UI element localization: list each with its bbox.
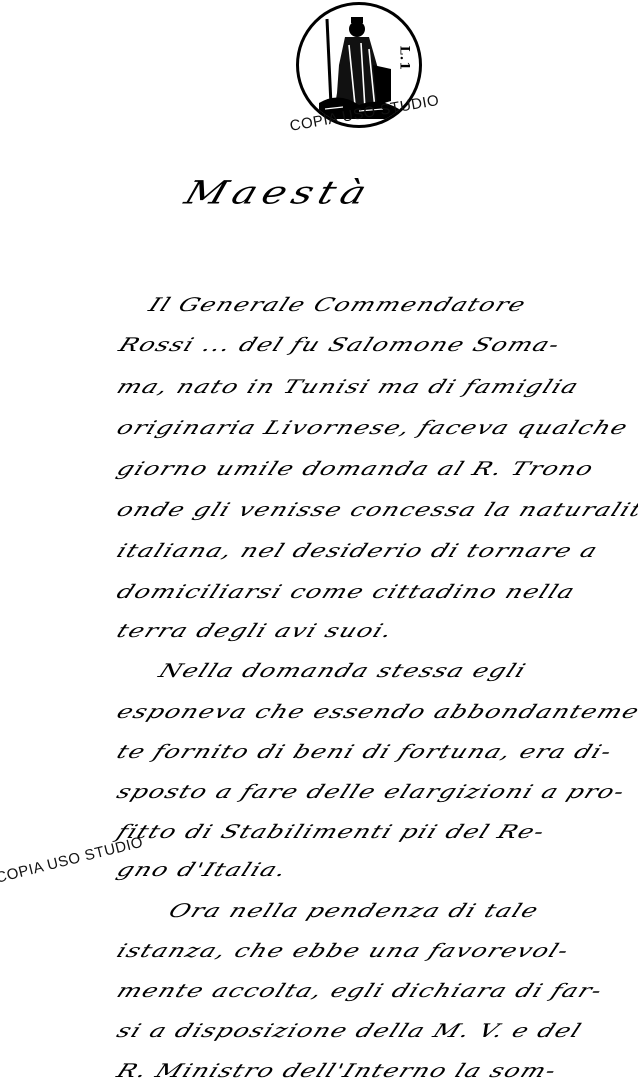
handwritten-line: Rossi ... del fu Salomone Soma- [116,334,564,356]
handwritten-line: Ora nella pendenza di tale [166,900,543,922]
handwritten-line: originaria Livornese, faceva qualche [114,417,632,439]
handwritten-line: sposto a fare delle elargizioni a pro- [114,781,629,803]
handwritten-line: giorno umile domanda al R. Trono [114,458,598,480]
handwritten-line: onde gli venisse concessa la naturalità [114,499,638,521]
handwritten-line: si a disposizione della M. V. e del [114,1020,586,1042]
handwritten-line: Nella domanda stessa egli [156,660,530,682]
handwritten-line: domiciliarsi come cittadino nella [114,581,579,603]
handwritten-line: esponeva che essendo abbondantemen- [114,701,638,723]
handwritten-line: terra degli avi suoi. [114,620,397,642]
handwritten-line: istanza, che ebbe una favorevol- [114,940,573,962]
handwritten-line: italiana, nel desiderio di tornare a [114,540,602,562]
handwritten-line: mente accolta, egli dichiara di far- [114,980,607,1002]
handwritten-line: gno d'Italia. [114,859,291,881]
handwritten-line: R. Ministro dell'Interno la som- [114,1060,561,1082]
handwritten-line: Il Generale Commendatore [146,294,530,316]
handwritten-line: fitto di Stabilimenti pii del Re- [114,821,549,843]
handwritten-line: ma, nato in Tunisi ma di famiglia [114,376,583,398]
seal-mark: L.1 [396,46,411,72]
handwritten-line: te fornito di beni di fortuna, era di- [114,741,616,763]
salutation-heading: Maestà [180,175,377,212]
